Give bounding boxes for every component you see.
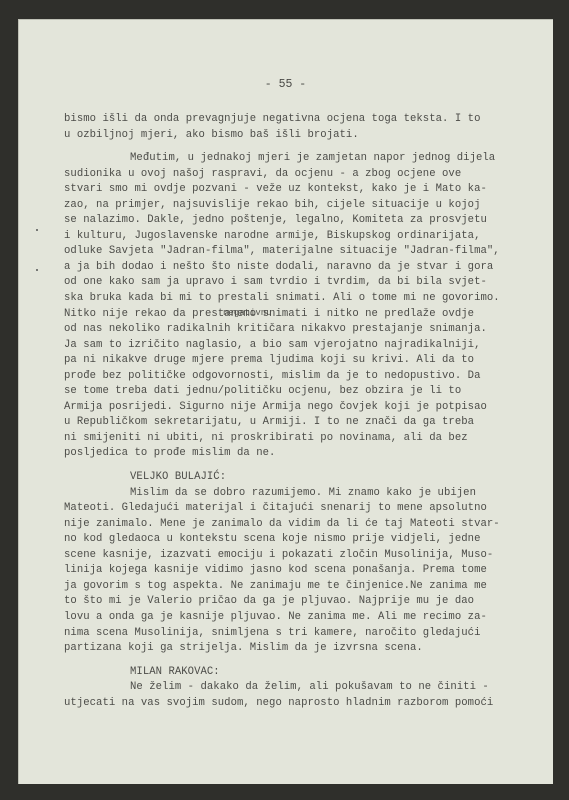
page-number: - 55 - [18, 78, 553, 91]
text-line: prođe bez političke odgovornosti, mislim… [64, 369, 534, 385]
text-line: sudionika u ovoj našoj raspravi, da ocje… [64, 167, 534, 183]
text-line: utjecati na vas svojim sudom, nego napro… [64, 696, 534, 712]
text-line: od one kako sam ja upravo i sam tvrdio i… [64, 275, 534, 291]
text-line: se tome treba dati jednu/političku ocjen… [64, 384, 534, 400]
speaker-label: MILAN RAKOVAC: [64, 665, 534, 681]
text-line: Ja sam to izričito naglasio, a bio sam v… [64, 338, 534, 354]
text-line: ni smijeniti ni ubiti, ni proskribirati … [64, 431, 534, 447]
paragraph: Međutim, u jednakoj mjeri je zamjetan na… [64, 151, 534, 462]
speaker-label: VELJKO BULAJIĆ: [64, 470, 534, 486]
text-line: to što mi je Valerio pričao da ga je plj… [64, 594, 534, 610]
document-page: - 55 - negativnu bismo išli da onda prev… [18, 19, 553, 784]
paragraph: Ne želim - dakako da želim, ali pokušava… [64, 680, 534, 711]
text-line: Nitko nije rekao da prestanemo snimati i… [64, 307, 534, 323]
text-line: Armija posrijedi. Sigurno nije Armija ne… [64, 400, 534, 416]
text-line: bismo išli da onda prevagnjuje negativna… [64, 112, 534, 128]
text-line: Mateoti. Gledajući materijal i čitajući … [64, 501, 534, 517]
margin-mark [36, 269, 38, 271]
text-line: Mislim da se dobro razumijemo. Mi znamo … [64, 486, 534, 502]
text-line: nima scena Musolinija, snimljena s tri k… [64, 626, 534, 642]
text-line: i kulturu, Jugoslavenske narodne armije,… [64, 229, 534, 245]
text-line: pa ni nikakve druge mjere prema ljudima … [64, 353, 534, 369]
document-body: bismo išli da onda prevagnjuje negativna… [64, 112, 534, 711]
text-line: posljedica to prođe mislim da ne. [64, 446, 534, 462]
text-line: no kod gledaoca u kontekstu scena koje n… [64, 532, 534, 548]
text-line: u ozbiljnoj mjeri, ako bismo baš išli br… [64, 128, 534, 144]
text-line: a ja bih dodao i nešto što niste dodali,… [64, 260, 534, 276]
text-line: ja govorim s tog aspekta. Ne zanimaju me… [64, 579, 534, 595]
margin-mark [36, 229, 38, 231]
text-line: lovu a onda ga je kasnije pljuvao. Ne za… [64, 610, 534, 626]
text-line: partizana koji ga strijelja. Mislim da j… [64, 641, 534, 657]
text-line: nije zanimalo. Mene je zanimalo da vidim… [64, 517, 534, 533]
paragraph: Mislim da se dobro razumijemo. Mi znamo … [64, 486, 534, 657]
text-line: stvari smo mi ovdje pozvani - veže uz ko… [64, 182, 534, 198]
paragraph: bismo išli da onda prevagnjuje negativna… [64, 112, 534, 143]
text-line: Međutim, u jednakoj mjeri je zamjetan na… [64, 151, 534, 167]
text-line: u Republičkom sekretarijatu, u Armiji. I… [64, 415, 534, 431]
text-line: ska bruka kada bi mi to prestali snimati… [64, 291, 534, 307]
text-line: od nas nekoliko radikalnih kritičara nik… [64, 322, 534, 338]
text-line: linija kojega kasnije vidimo jasno kod s… [64, 563, 534, 579]
text-line: scene kasnije, izazvati emociju i pokaza… [64, 548, 534, 564]
text-line: Ne želim - dakako da želim, ali pokušava… [64, 680, 534, 696]
text-line: odluke Savjeta "Jadran-filma", materijal… [64, 244, 534, 260]
text-line: zao, na primjer, najsuvislije rekao bih,… [64, 198, 534, 214]
text-line: se nalazimo. Dakle, jedno poštenje, lega… [64, 213, 534, 229]
